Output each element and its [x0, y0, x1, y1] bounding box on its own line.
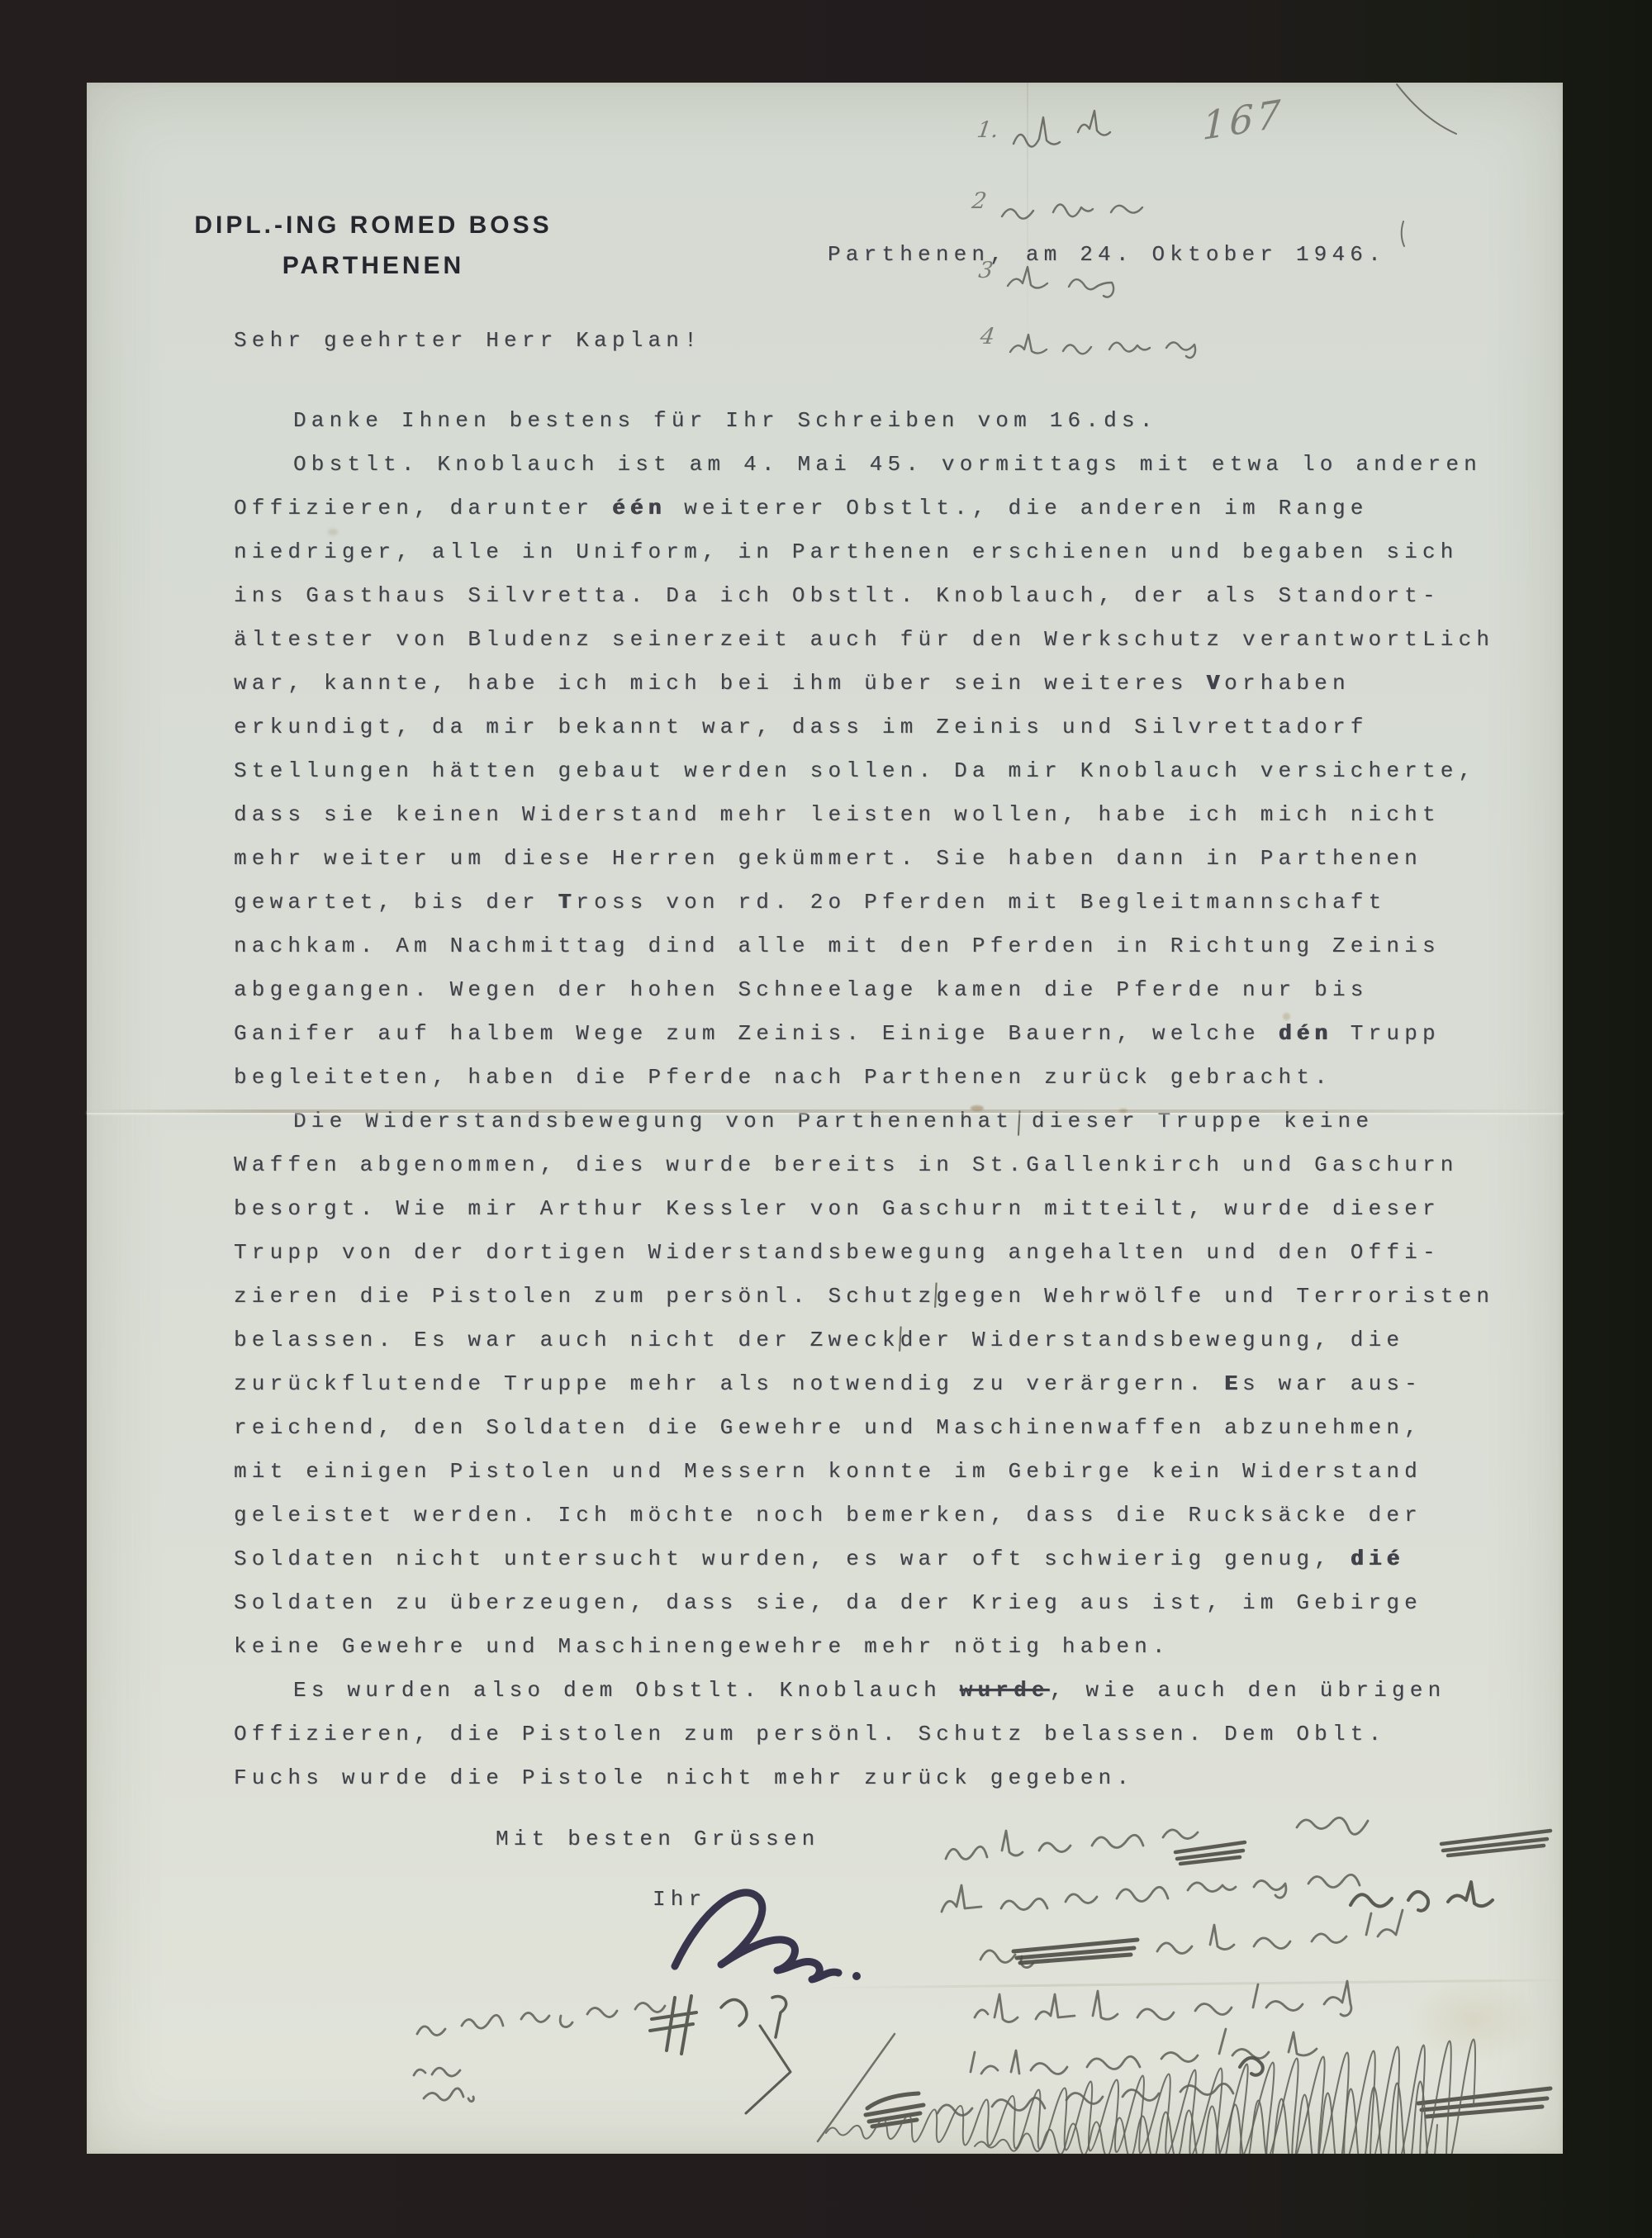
typed-line: war, kannte, habe ich mich bei ihm über …	[234, 662, 1555, 706]
stain	[328, 529, 338, 535]
typed-line: Trupp von der dortigen Widerstandsbewegu…	[234, 1231, 1555, 1275]
typed-line: Die Widerstandsbewegung von Parthenen|ha…	[234, 1100, 1555, 1143]
scan-background: { "letterhead": { "line1": "DIPL.-ING RO…	[0, 0, 1652, 2238]
overtyped-text: E	[1224, 1371, 1242, 1396]
typed-line: geleistet werden. Ich möchte noch bemerk…	[234, 1494, 1555, 1537]
letterhead-place: PARTHENEN	[179, 245, 567, 286]
stain	[971, 1105, 984, 1111]
typed-line: mit einigen Pistolen und Messern konnte …	[234, 1450, 1555, 1494]
fold-crease	[87, 1109, 1563, 1113]
typed-line: begleiteten, haben die Pferde nach Parth…	[234, 1056, 1555, 1100]
dateline: Parthenen, am 24. Oktober 1946.	[828, 242, 1386, 267]
typed-line: gewartet, bis der Tross von rd. 2o Pferd…	[234, 881, 1555, 924]
pencil-page-number: 167	[1202, 91, 1284, 149]
closing-pronoun: Ihr	[653, 1870, 819, 1930]
typed-line: nachkam. Am Nachmittag dind alle mit den…	[234, 924, 1555, 968]
typed-line: dass sie keinen Widerstand mehr leisten …	[234, 793, 1555, 837]
typed-line: Offizieren, die Pistolen zum persönl. Sc…	[234, 1713, 1555, 1756]
crease-vertical	[1027, 83, 1028, 355]
salutation: Sehr geehrter Herr Kaplan!	[234, 328, 702, 353]
struck-word: wurde	[960, 1678, 1050, 1703]
pencil-notes-top-list	[1002, 111, 1195, 358]
pencil-list-number-1: 1.	[976, 117, 1000, 143]
closing-block: Mit besten Grüssen Ihr	[234, 1809, 819, 1930]
closing-salute: Mit besten Grüssen	[496, 1809, 819, 1870]
overtyped-text: V	[1206, 671, 1224, 696]
typed-line: Soldaten nicht untersucht wurden, es war…	[234, 1537, 1555, 1581]
typed-line: keine Gewehre und Maschinengewehre mehr …	[234, 1625, 1555, 1669]
typed-line: abgegangen. Wegen der hohen Schneelage k…	[234, 968, 1555, 1012]
typed-line: belassen. Es war auch nicht der Zweck|de…	[234, 1319, 1555, 1362]
typed-line: Obstlt. Knoblauch ist am 4. Mai 45. vorm…	[234, 443, 1555, 487]
typed-line: ins Gasthaus Silvretta. Da ich Obstlt. K…	[234, 574, 1555, 618]
letterhead-name: DIPL.-ING ROMED BOSS	[179, 205, 567, 245]
overtyped-text: dié	[1351, 1547, 1404, 1571]
overtyped-text: dén	[1279, 1021, 1332, 1046]
typed-line: ältester von Bludenz seinerzeit auch für…	[234, 618, 1555, 662]
typed-line: Danke Ihnen bestens für Ihr Schreiben vo…	[234, 399, 1555, 443]
pencil-notes-bottom-left	[414, 1996, 895, 2141]
letter-page: DIPL.-ING ROMED BOSS PARTHENEN Parthenen…	[87, 83, 1563, 2154]
pencil-caret-mark: |	[892, 1311, 895, 1366]
typed-line: Ganifer auf halbem Wege zum Zeinis. Eini…	[234, 1012, 1555, 1056]
typed-line: Fuchs wurde die Pistole nicht mehr zurüc…	[234, 1756, 1555, 1800]
pencil-list-number-3: 3	[977, 258, 995, 283]
typed-line: Waffen abgenommen, dies wurde bereits in…	[234, 1143, 1555, 1187]
overtyped-text: één	[612, 496, 666, 520]
typed-line: Offizieren, darunter één weiterer Obstlt…	[234, 487, 1555, 530]
stain	[1119, 1109, 1127, 1113]
typed-line: zurückflutende Truppe mehr als notwendig…	[234, 1362, 1555, 1406]
pencil-list-number-2: 2	[971, 188, 989, 214]
stain	[1283, 1013, 1290, 1020]
letter-body: Danke Ihnen bestens für Ihr Schreiben vo…	[234, 399, 1555, 1800]
pencil-caret-mark: |	[928, 1267, 931, 1322]
typed-line: Es wurden also dem Obstlt. Knoblauch wur…	[234, 1669, 1555, 1713]
letterhead: DIPL.-ING ROMED BOSS PARTHENEN	[179, 205, 567, 286]
typed-line: niedriger, alle in Uniform, in Parthenen…	[234, 530, 1555, 574]
overtyped-text: T	[558, 890, 576, 915]
typed-line: Stellungen hätten gebaut werden sollen. …	[234, 749, 1555, 793]
pencil-caret-mark: |	[952, 1092, 954, 1147]
signature-period	[852, 1972, 861, 1980]
pencil-arc-top-right	[1397, 84, 1456, 246]
typed-line: besorgt. Wie mir Arthur Kessler von Gasc…	[234, 1187, 1555, 1231]
pencil-list-number-4: 4	[979, 324, 997, 349]
stain	[1408, 1974, 1540, 2065]
typed-line: mehr weiter um diese Herren gekümmert. S…	[234, 837, 1555, 881]
typed-line: reichend, den Soldaten die Gewehre und M…	[234, 1406, 1555, 1450]
typed-line: erkundigt, da mir bekannt war, dass im Z…	[234, 706, 1555, 749]
typed-line: Soldaten zu überzeugen, dass sie, da der…	[234, 1581, 1555, 1625]
